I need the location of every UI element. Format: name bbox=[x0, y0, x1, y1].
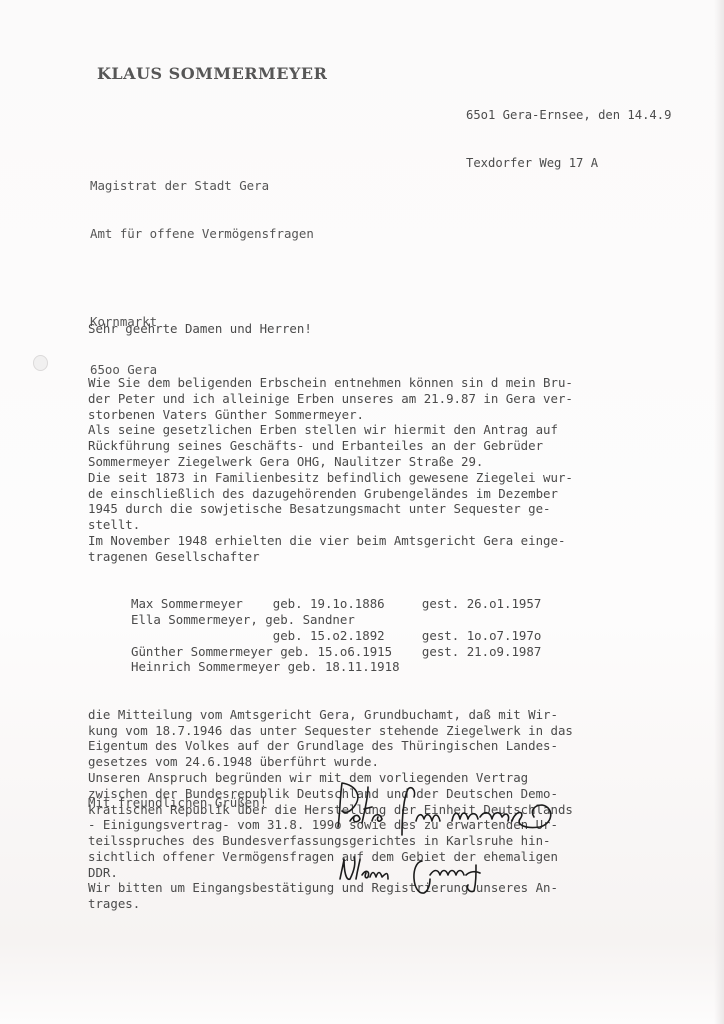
partners-list: Max Sommermeyer geb. 19.1o.1886 gest. 26… bbox=[88, 596, 573, 675]
punch-hole bbox=[33, 355, 48, 371]
text-line: der Peter und ich alleinige Erben unsere… bbox=[88, 391, 573, 407]
text-line: storbenen Vaters Günther Sommermeyer. bbox=[88, 407, 573, 423]
text-line: tragenen Gesellschafter bbox=[88, 549, 573, 565]
salutation: Sehr geehrte Damen und Herren! bbox=[88, 321, 573, 337]
text-line: Max Sommermeyer geb. 19.1o.1886 gest. 26… bbox=[131, 596, 573, 612]
text-line: Wie Sie dem beligenden Erbschein entnehm… bbox=[88, 375, 573, 391]
text-line: die Mitteilung vom Amtsgericht Gera, Gru… bbox=[88, 707, 573, 723]
sender-place-date: 65o1 Gera-Ernsee, den 14.4.9 bbox=[466, 107, 671, 123]
signatures bbox=[330, 775, 590, 905]
text-line: Sommermeyer Ziegelwerk Gera OHG, Naulitz… bbox=[88, 454, 573, 470]
recipient-line: Amt für offene Vermögensfragen bbox=[90, 226, 314, 242]
sender-block: 65o1 Gera-Ernsee, den 14.4.9 Texdorfer W… bbox=[466, 75, 671, 203]
text-line: kung vom 18.7.1946 das unter Sequester s… bbox=[88, 723, 573, 739]
text-line: Rückführung seines Geschäfts- und Erbant… bbox=[88, 438, 573, 454]
text-line: Eigentum des Volkes auf der Grundlage de… bbox=[88, 738, 573, 754]
closing: Mit freundlichen Grüßen! bbox=[88, 795, 267, 810]
handwritten-signature-icon bbox=[330, 775, 590, 905]
text-line: stellt. bbox=[88, 517, 573, 533]
text-line: geb. 15.o2.1892 gest. 1o.o7.197o bbox=[131, 628, 573, 644]
letterhead-name: KLAUS SOMMERMEYER bbox=[97, 64, 327, 83]
letter-page: KLAUS SOMMERMEYER 65o1 Gera-Ernsee, den … bbox=[0, 0, 724, 1024]
text-line: Heinrich Sommermeyer geb. 18.11.1918 bbox=[131, 659, 573, 675]
text-line: Die seit 1873 in Familienbesitz befindli… bbox=[88, 470, 573, 486]
text-line: Günther Sommermeyer geb. 15.o6.1915 gest… bbox=[131, 644, 573, 660]
text-line: gesetzes vom 24.6.1948 überführt wurde. bbox=[88, 754, 573, 770]
text-line: Ella Sommermeyer, geb. Sandner bbox=[131, 612, 573, 628]
text-line: Als seine gesetzlichen Erben stellen wir… bbox=[88, 422, 573, 438]
sender-street: Texdorfer Weg 17 A bbox=[466, 155, 671, 171]
text-line: de einschließlich des dazugehörenden Gru… bbox=[88, 486, 573, 502]
text-line: 1945 durch die sowjetische Besatzungsmac… bbox=[88, 501, 573, 517]
text-line: Im November 1948 erhielten die vier beim… bbox=[88, 533, 573, 549]
recipient-line: Magistrat der Stadt Gera bbox=[90, 178, 314, 194]
body-paragraph-1: Wie Sie dem beligenden Erbschein entnehm… bbox=[88, 375, 573, 565]
scan-edge bbox=[714, 0, 724, 1024]
